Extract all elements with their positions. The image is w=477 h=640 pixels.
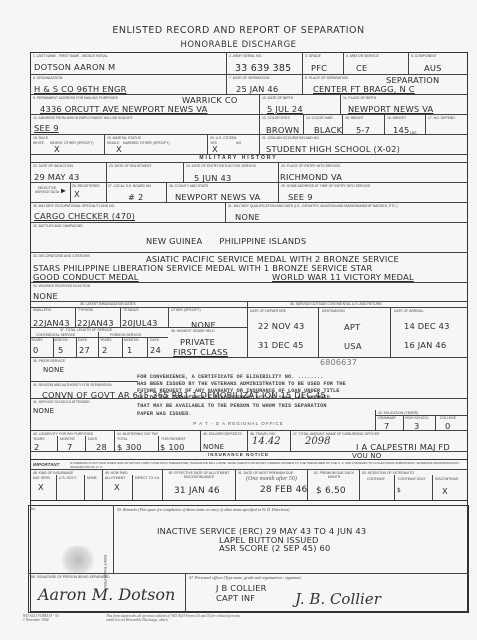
table-cell: 31 DEC 45 bbox=[258, 340, 304, 350]
label-height: 15. Height bbox=[345, 116, 363, 120]
value-civilian-occupation: STUDENT HIGH SCHOOL (X-02) bbox=[266, 144, 400, 154]
divider bbox=[342, 114, 343, 134]
stamp-line: PAPER WAS ISSUED. bbox=[137, 411, 192, 417]
label-months: Months bbox=[53, 338, 68, 342]
citizen-option-no[interactable]: No bbox=[236, 141, 241, 145]
label-next-premium: 51. Date of next premium due bbox=[238, 471, 293, 475]
divider bbox=[30, 222, 468, 223]
paid-option-direct[interactable]: Direct to V.A. bbox=[135, 476, 160, 480]
value-grade-1: PRIVATE bbox=[180, 337, 215, 347]
label-board: 27. Local S.S. board no. bbox=[108, 184, 152, 188]
label-place-birth: 11. Place of birth bbox=[343, 96, 376, 100]
marital-option-other[interactable]: Other (specify) bbox=[140, 141, 170, 145]
divider bbox=[75, 307, 76, 327]
value-serial: 33 639 385 bbox=[235, 63, 291, 74]
divider bbox=[359, 469, 360, 501]
label-typhoid: Typhoid bbox=[78, 308, 93, 312]
value-travel-pay: 14.42 bbox=[252, 436, 281, 447]
label-mos: 30. Military occupational specialty and … bbox=[33, 204, 115, 208]
section-military-history: MILITARY HISTORY bbox=[0, 155, 477, 161]
marital-mark: X bbox=[116, 144, 122, 154]
value-component: AUS bbox=[424, 63, 442, 73]
divider bbox=[247, 307, 468, 308]
document-title: ENLISTED RECORD AND REPORT OF SEPARATION bbox=[0, 25, 477, 36]
label-this-payment: This payment bbox=[161, 437, 186, 441]
divider bbox=[30, 162, 468, 163]
label-employment-address: 12. Address from which employment will b… bbox=[33, 116, 132, 120]
value-induction: 29 MAY 43 bbox=[34, 172, 79, 182]
label-kind-insurance: 48. Kind of insurance bbox=[33, 471, 73, 475]
value-prior-service: NONE bbox=[43, 366, 64, 374]
divider bbox=[183, 162, 184, 182]
how-paid-mark: X bbox=[114, 482, 120, 492]
label-days: Days bbox=[78, 338, 87, 342]
divider bbox=[132, 475, 133, 501]
citizen-mark: X bbox=[212, 144, 218, 154]
label-date-separation: 7. Date of separation bbox=[229, 76, 270, 80]
document-subtitle: HONORABLE DISCHARGE bbox=[0, 40, 477, 50]
marital-option-married[interactable]: Married bbox=[123, 141, 139, 145]
divider bbox=[340, 94, 341, 114]
label-active-service: 24. Date of entry into active service bbox=[186, 164, 256, 168]
divider bbox=[290, 430, 291, 451]
divider bbox=[30, 469, 468, 470]
value-place-entry: RICHMOND VA bbox=[280, 172, 342, 182]
divider bbox=[375, 410, 376, 430]
label-induction: 22. Date of induction bbox=[33, 164, 73, 168]
label-grade: 3. Grade bbox=[305, 54, 321, 58]
header-arrival: Date of arrival bbox=[394, 309, 423, 313]
value-qualification: NONE bbox=[235, 212, 260, 222]
value-date-separation: 25 JAN 46 bbox=[236, 84, 278, 94]
intention-option-continue-only[interactable]: Continue only bbox=[398, 477, 426, 481]
label-personnel-officer: 57. Personnel officer (Type name, grade … bbox=[189, 575, 301, 580]
value-grade: PFC bbox=[311, 63, 327, 73]
divider bbox=[307, 469, 308, 501]
divider bbox=[168, 307, 169, 327]
label-race: 18. Race bbox=[33, 136, 48, 140]
divider bbox=[98, 332, 99, 357]
discharge-document: ENLISTED RECORD AND REPORT OF SEPARATION… bbox=[0, 0, 477, 640]
divider bbox=[247, 430, 248, 451]
continental-days: 27 bbox=[79, 345, 90, 355]
divider bbox=[207, 134, 208, 154]
label-qualification: 31. Military qualification and date (i.e… bbox=[228, 204, 398, 208]
arrow-icon: ▶ bbox=[61, 186, 66, 195]
label-county: 28. County and state bbox=[169, 184, 208, 188]
value-place-birth: NEWPORT NEWS VA bbox=[348, 104, 433, 114]
divider bbox=[70, 182, 71, 202]
value-service-schools: NONE bbox=[33, 407, 54, 415]
divider bbox=[30, 114, 468, 115]
divider bbox=[122, 337, 123, 357]
divider bbox=[343, 52, 344, 74]
regional-office: P A T - D A REGIONAL OFFICE bbox=[0, 421, 477, 426]
label-intention: 53. Intention of veteran to bbox=[362, 471, 414, 475]
label-service-outside: 36. Service outside continental U.S. and… bbox=[290, 302, 382, 306]
label-place-separation: 8. Place of separation bbox=[305, 76, 348, 80]
section-insurance: INSURANCE NOTICE bbox=[0, 452, 477, 457]
divider bbox=[185, 573, 186, 613]
label-immunization: 35. Latest immunization dates bbox=[80, 302, 136, 306]
value-county-state: NEWPORT NEWS VA bbox=[175, 192, 260, 202]
label-registered: 26. Registered bbox=[72, 184, 100, 188]
label-thumb: 54. bbox=[31, 507, 36, 511]
label-last-name: 1. Last name - First name - Middle initi… bbox=[33, 54, 108, 58]
divider bbox=[384, 114, 385, 134]
remarks-line: ASR SCORE (2 SEP 45) 60 bbox=[219, 543, 330, 553]
label-months: Months bbox=[60, 437, 75, 441]
value-date-birth: 5 JUL 24 bbox=[267, 104, 303, 114]
label-civilian-occupation: 21. Civilian occupation and no. bbox=[262, 136, 320, 140]
divider bbox=[85, 436, 86, 451]
divider bbox=[247, 301, 248, 357]
value-next-premium: 28 FEB 46 bbox=[260, 485, 307, 495]
insurance-option-none[interactable]: None bbox=[87, 476, 97, 480]
divider bbox=[158, 436, 159, 451]
signature-personnel-officer: J. B. Collier bbox=[295, 590, 381, 608]
label-important: IMPORTANT bbox=[33, 462, 59, 467]
label-premium-due: 52. Premium due each month bbox=[310, 471, 358, 479]
label-component: 5. Component bbox=[411, 54, 437, 58]
intention-option-discontinue[interactable]: Discontinue bbox=[435, 477, 458, 481]
label-citizen: 20. U.S. citizen bbox=[210, 136, 236, 140]
label-enlistment: 23. Date of enlistment bbox=[109, 164, 152, 168]
divider bbox=[30, 252, 468, 253]
divider bbox=[225, 202, 226, 222]
value-soldier-deposits: NONE bbox=[203, 443, 224, 451]
value-mos: CARGO CHECKER (470) bbox=[34, 211, 135, 221]
label-reason-separation: 40. Reason and authority for separation bbox=[33, 383, 112, 387]
label-days: Days bbox=[150, 338, 159, 342]
intention-continue-only-mark: $ bbox=[397, 487, 401, 494]
label-marital: 19. Marital status bbox=[107, 136, 141, 140]
table-cell: USA bbox=[344, 341, 362, 351]
label-dependents: 17. No. depend. bbox=[428, 116, 456, 120]
divider bbox=[106, 182, 107, 202]
label-wounds: 34. Wounds received in action bbox=[33, 284, 90, 288]
value-name: DOTSON AARON M bbox=[34, 62, 115, 72]
divider bbox=[259, 94, 260, 154]
divider bbox=[235, 469, 236, 501]
divider bbox=[113, 505, 114, 573]
divider bbox=[390, 307, 391, 357]
stamp-line: FOR CONVENIENCE, A CERTIFICATE OF ELIGIB… bbox=[137, 374, 323, 380]
value-registered: X bbox=[74, 189, 80, 199]
label-battles: 32. Battles and campaigns bbox=[33, 224, 82, 228]
label-total: Total bbox=[117, 437, 128, 441]
divider bbox=[30, 282, 468, 283]
insurance-option-nat-serv[interactable]: Nat. Serv. bbox=[33, 476, 51, 480]
value-effective-date: 31 JAN 46 bbox=[174, 486, 220, 496]
label-service-schools: 41. Service schools attended bbox=[33, 400, 90, 404]
foreign-years: 2 bbox=[102, 345, 107, 355]
divider bbox=[226, 52, 227, 74]
table-cell: 22 NOV 43 bbox=[258, 321, 304, 331]
divider bbox=[28, 573, 469, 574]
label-college: College bbox=[440, 416, 456, 420]
label-effective-date: 50. Effective date of allotment disconti… bbox=[165, 471, 233, 479]
label-days: Days bbox=[88, 437, 97, 441]
label-total-service: 37. Total length of service bbox=[60, 328, 112, 332]
label-eyes: 13. Color eyes bbox=[262, 116, 290, 120]
label-arm: 4. Arm or service bbox=[346, 54, 379, 58]
value-employment-address: SEE 9 bbox=[34, 123, 59, 133]
label-soldier-deposits: 45. Soldier deposits bbox=[203, 432, 242, 436]
divider bbox=[425, 114, 426, 134]
handwritten-amount: 2098 bbox=[305, 436, 330, 447]
value-place-separation-2: CENTER FT BRAGG, N C bbox=[313, 84, 415, 94]
value-grade-2: FIRST CLASS bbox=[173, 347, 228, 357]
label-months: Months bbox=[124, 338, 139, 342]
table-cell: APT bbox=[344, 322, 360, 332]
divider bbox=[53, 337, 54, 357]
value-decorations-3b: WORLD WAR 11 VICTORY MEDAL bbox=[272, 272, 414, 282]
continental-years: 0 bbox=[33, 345, 38, 355]
race-option-white[interactable]: White bbox=[33, 141, 44, 145]
form-id: WD AGO FORM 53 - 55 1 November 1944 bbox=[23, 614, 59, 622]
supersedes-note: This form supersedes all previous editio… bbox=[106, 614, 246, 622]
value-premium-due: $ 6.50 bbox=[316, 486, 346, 496]
label-remarks: 55. Remarks (This space for completion o… bbox=[117, 507, 289, 512]
label-highest-grade: 38. Highest grade held bbox=[171, 329, 215, 333]
divider bbox=[30, 398, 468, 399]
label-other: Other (specify) bbox=[171, 308, 201, 312]
label-organization: 6. Organization bbox=[33, 76, 62, 80]
race-option-other[interactable]: Other (specify) bbox=[64, 141, 94, 145]
label-permanent-address: 9. Permanent address for mailing purpose… bbox=[33, 96, 118, 100]
signature-separated: Aaron M. Dotson bbox=[38, 585, 175, 604]
divider bbox=[318, 307, 319, 357]
divider bbox=[166, 182, 167, 202]
note-next-premium: (One month after 50) bbox=[246, 476, 297, 482]
table-cell: 14 DEC 43 bbox=[404, 321, 450, 331]
header-departure: Date of departure bbox=[250, 309, 286, 313]
divider bbox=[432, 475, 433, 501]
divider bbox=[408, 52, 409, 74]
table-cell: 16 JAN 46 bbox=[404, 340, 446, 350]
label-high-school: High School bbox=[405, 416, 429, 420]
divider bbox=[30, 202, 468, 203]
label-years: Years bbox=[31, 338, 43, 342]
label-weight: 16. Weight bbox=[387, 116, 406, 120]
insurance-kind-mark: X bbox=[38, 482, 44, 492]
divider bbox=[57, 436, 58, 451]
divider bbox=[30, 381, 138, 382]
paid-option-allotment[interactable]: Allotment bbox=[105, 476, 125, 480]
foreign-days: 24 bbox=[150, 345, 161, 355]
label-date-birth: 10. Date of birth bbox=[262, 96, 293, 100]
divider bbox=[102, 469, 103, 501]
value-decorations-3a: GOOD CONDUCT MEDAL bbox=[33, 272, 139, 282]
value-wounds: NONE bbox=[33, 291, 58, 301]
stamp-line: THAT MAY BE AVAILABLE TO THE PERSON TO W… bbox=[137, 403, 327, 409]
value-home-address: SEE 9 bbox=[288, 192, 313, 202]
personnel-officer-name: J B COLLIER bbox=[216, 583, 267, 593]
value-battles: NEW GUINEA PHILIPPINE ISLANDS bbox=[146, 236, 306, 246]
divider bbox=[76, 337, 77, 357]
value-organization: H & S CO 96TH ENGR bbox=[34, 84, 127, 94]
continental-months: 5 bbox=[58, 345, 63, 355]
label-home-address: 29. Home address at time of entry into s… bbox=[281, 184, 370, 188]
divider bbox=[200, 430, 201, 451]
value-board: # 2 bbox=[128, 192, 143, 202]
label-hair: 14. Color hair bbox=[306, 116, 333, 120]
label-decorations: 33. Decorations and citations bbox=[33, 254, 90, 258]
value-address: 4336 ORCUTT AVE NEWPORT NEWS VA bbox=[40, 104, 207, 114]
divider bbox=[302, 74, 303, 94]
label-smallpox: Smallpox bbox=[33, 308, 51, 312]
divider bbox=[147, 337, 148, 357]
label-serial: 2. Army serial no. bbox=[229, 54, 262, 58]
divider bbox=[30, 430, 468, 431]
divider bbox=[114, 430, 115, 451]
label-place-entry: 25. Place of entry into service bbox=[281, 164, 340, 168]
divider bbox=[226, 74, 227, 94]
label-how-paid: 49. How paid bbox=[105, 471, 128, 475]
divider bbox=[394, 475, 395, 501]
divider bbox=[303, 114, 304, 134]
label-tetanus: Tetanus bbox=[123, 308, 139, 312]
stamp-number: 6806637 bbox=[320, 358, 357, 367]
label-grammar: Grammar bbox=[378, 416, 396, 420]
foreign-months: 1 bbox=[127, 345, 132, 355]
header-destination: Destination bbox=[322, 309, 345, 313]
label-prior-service: 39. Prior service bbox=[33, 359, 65, 363]
insurance-option-us-govt[interactable]: U.S. Govt. bbox=[59, 476, 77, 480]
intention-option-continue[interactable]: Continue bbox=[367, 477, 385, 481]
divider bbox=[30, 94, 468, 95]
label-mustering-pay: 44. Mustering out pay bbox=[117, 432, 158, 436]
divider bbox=[162, 469, 163, 501]
divider bbox=[30, 134, 468, 135]
race-mark: X bbox=[54, 144, 60, 154]
value-arm: CE bbox=[356, 63, 367, 73]
divider bbox=[84, 475, 85, 501]
divider bbox=[30, 357, 468, 358]
thumbprint bbox=[58, 546, 98, 574]
divider bbox=[302, 52, 303, 74]
label-selective-service: SELECTIVE SERVICE DATA bbox=[33, 186, 61, 194]
stamp-line: HAS BEEN ISSUED BY THE VETERANS ADMINIST… bbox=[137, 381, 346, 387]
intention-discontinue-mark: X bbox=[442, 486, 448, 496]
divider bbox=[56, 475, 57, 501]
divider bbox=[30, 182, 468, 183]
divider bbox=[106, 162, 107, 182]
label-signature-separated: 56. Signature of person being separated bbox=[31, 575, 110, 579]
important-text: IF PREMIUM IS NOT PAID WHEN DUE OR WITHI… bbox=[70, 461, 460, 469]
divider bbox=[120, 307, 121, 327]
label-years: Years bbox=[100, 338, 112, 342]
personnel-officer-grade: CAPT INF bbox=[216, 593, 255, 603]
divider bbox=[104, 134, 105, 154]
label-years: Years bbox=[33, 437, 45, 441]
